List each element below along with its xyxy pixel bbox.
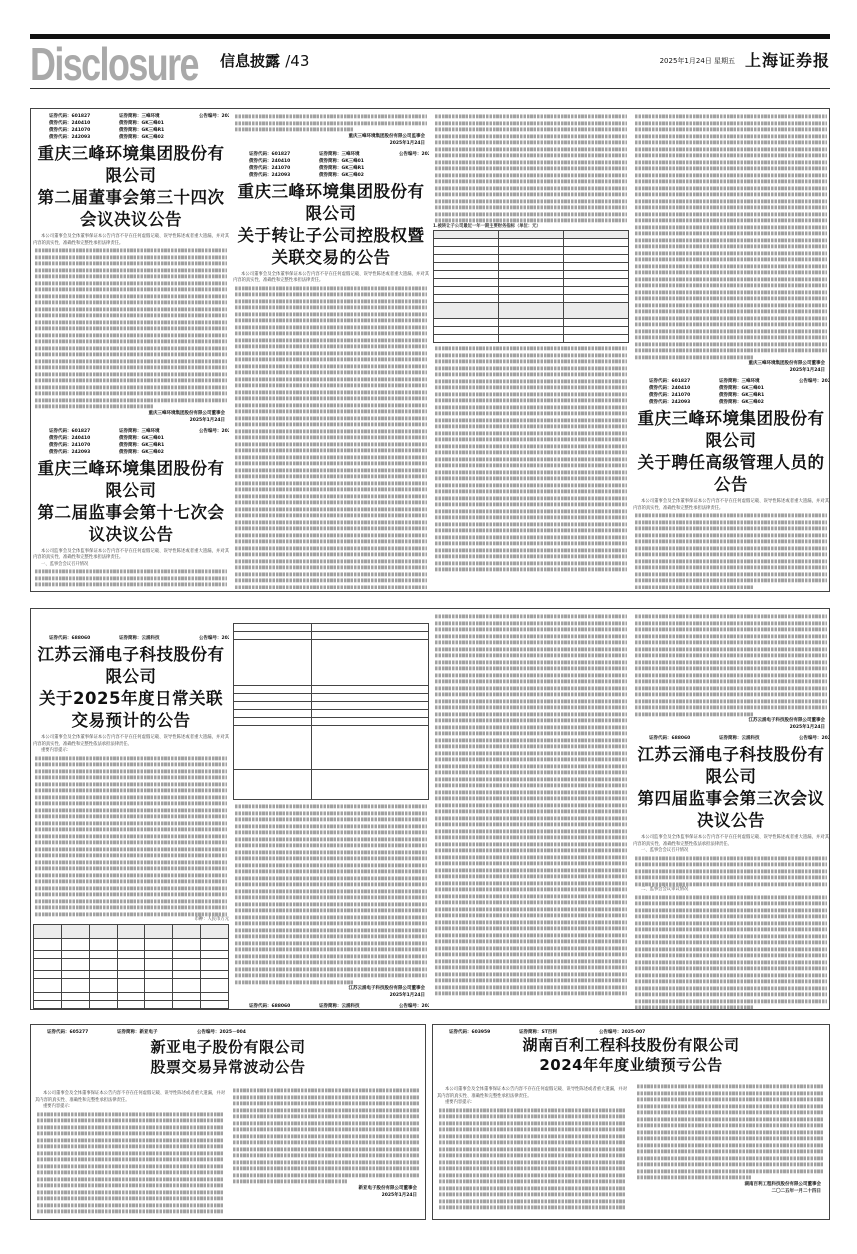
signature: 重庆三峰环境集团股份有限公司董事会 <box>633 360 829 367</box>
notice-body <box>33 568 229 589</box>
security-codes: 证券代码：688060证券简称：云涌科技公告编号：2025-004 <box>649 735 829 742</box>
date: 2025年1月24日 <box>231 1192 421 1199</box>
notice-body <box>633 855 829 888</box>
notice-title: 第二届董事会第三十四次会议决议公告 <box>33 187 229 231</box>
signature: 重庆三峰环境集团股份有限公司监事会 <box>233 133 429 140</box>
notice-body-continued <box>635 1083 825 1181</box>
notice-body <box>437 1107 627 1211</box>
notice-body <box>633 512 829 589</box>
notice-body-continued <box>633 613 829 717</box>
notice-body-continued <box>433 613 629 997</box>
brand-wordmark: Disclosure <box>30 42 198 86</box>
notice-title: 第四届监事会第三次会议决议公告 <box>633 788 829 832</box>
notice-title: 股票交易异常波动公告 <box>31 1057 425 1077</box>
masthead-bottom-rule <box>30 88 830 89</box>
notice-title: 关于聘任高级管理人员的公告 <box>633 452 829 496</box>
security-codes: 证券代码：601827证券简称：三峰环境公告编号：2025-003 债券代码：2… <box>49 428 229 456</box>
notice-intro: 本公司董事会及全体董事保证本公告内容不存在任何虚假记载、误导性陈述或者重大遗漏，… <box>633 499 829 512</box>
signature: 江苏云涌电子科技股份有限公司董事会 <box>233 985 429 992</box>
date: 2025年1月24日 <box>233 140 429 147</box>
notice-intro: 本公司董事会及全体董事保证本公告内容不存在任何虚假记载、误导性陈述或者重大遗漏，… <box>33 234 229 247</box>
notice-body-continued <box>433 113 629 224</box>
notice-intro: 本公司董事会及全体董事保证本公告内容不存在任何虚假记载、误导性陈述或者重大遗漏，… <box>233 272 429 285</box>
counterparty-info-table <box>233 623 429 800</box>
company-name: 重庆三峰环境集团股份有限公司 <box>33 143 229 187</box>
notice-title: 关于2025年度日常关联交易预计的公告 <box>33 688 229 732</box>
company-name: 江苏云涌电子科技股份有限公司 <box>33 644 229 688</box>
notice-title: 2024年年度业绩预亏公告 <box>433 1055 829 1075</box>
notice-body <box>233 803 429 985</box>
notice-block-baili: 证券代码：603959证券简称：ST百利公告编号：2025-007 湖南百利工程… <box>432 1024 830 1220</box>
notice-body <box>35 1111 225 1215</box>
security-codes: 证券代码：601827证券简称：三峰环境公告编号：2025-005 债券代码：2… <box>649 378 829 406</box>
security-codes: 证券代码：605277证券简称：新亚电子公告编号：2025－004 <box>47 1029 277 1036</box>
signature: 湖南百利工程科技股份有限公司董事会 <box>635 1181 825 1188</box>
section-title: 信息披露 /43 <box>220 50 309 71</box>
signature: 江苏云涌电子科技股份有限公司董事会 <box>633 717 829 724</box>
date: 2025年1月24日 <box>633 724 829 731</box>
notice-body <box>33 247 229 410</box>
notice-block-yunyong: 证券代码：688060证券简称：云涌科技公告编号：2025-002 江苏云涌电子… <box>30 608 830 1010</box>
security-codes: 证券代码：601827证券简称：三峰环境公告编号：2025-004 债券代码：2… <box>249 151 429 179</box>
page-number: /43 <box>285 52 309 70</box>
security-codes: 证券代码：688060证券简称：云涌科技公告编号：2025-003 <box>249 1003 429 1009</box>
date: 2025年1月24日 <box>33 417 229 424</box>
notice-body <box>33 755 229 918</box>
notice-title: 关于转让子公司控股权暨关联交易的公告 <box>233 225 429 269</box>
notice-intro: 本公司董事会及全体董事保证本公告内容不存在任何虚假记载、误导性陈述或者重大遗漏，… <box>35 1091 225 1104</box>
notice-body <box>433 345 629 573</box>
related-transactions-table <box>33 924 229 1009</box>
security-codes: 证券代码：688060证券简称：云涌科技公告编号：2025-002 <box>49 635 229 642</box>
notice-title: 第二届监事会第十七次会议决议公告 <box>33 502 229 546</box>
notice-body-continued <box>233 113 429 133</box>
notice-body <box>233 285 429 590</box>
company-name: 重庆三峰环境集团股份有限公司 <box>233 181 429 225</box>
notice-intro: 本公司董事会及全体董事保证本公告内容不存在任何虚假记载、误导性陈述或者重大遗漏，… <box>33 735 229 748</box>
notice-intro: 本公司董事会及全体董事保证本公告内容不存在任何虚假记载、误导性陈述或者重大遗漏，… <box>437 1087 627 1100</box>
masthead: Disclosure 信息披露 /43 2025年1月24日 星期五 上海证券报 <box>30 42 830 86</box>
company-name: 重庆三峰环境集团股份有限公司 <box>633 408 829 452</box>
signature: 重庆三峰环境集团股份有限公司董事会 <box>33 410 229 417</box>
company-name: 重庆三峰环境集团股份有限公司 <box>33 458 229 502</box>
company-name: 新亚电子股份有限公司 <box>31 1037 425 1057</box>
company-name: 江苏云涌电子科技股份有限公司 <box>633 744 829 788</box>
financial-table <box>433 230 629 343</box>
company-name: 湖南百利工程科技股份有限公司 <box>433 1035 829 1055</box>
date: 2025年1月24日 <box>233 992 429 999</box>
notice-body-continued <box>633 113 829 360</box>
security-codes: 证券代码：601827证券简称：三峰环境公告编号：2025-002 债券代码：2… <box>49 113 229 141</box>
security-codes: 证券代码：603959证券简称：ST百利公告编号：2025-007 <box>449 1029 679 1036</box>
notice-block-sanfeng: 证券代码：601827证券简称：三峰环境公告编号：2025-002 债券代码：2… <box>30 108 830 592</box>
notice-intro: 本公司监事会及全体监事保证本公告内容不存在任何虚假记载、误导性陈述或者重大遗漏，… <box>633 835 829 848</box>
newspaper-name: 上海证券报 <box>745 48 830 71</box>
notice-body <box>633 894 829 1010</box>
dateline: 2025年1月24日 星期五 <box>660 56 735 66</box>
signature: 新亚电子股份有限公司董事会 <box>231 1185 421 1192</box>
notice-intro: 本公司监事会及全体监事保证本公告内容不存在任何虚假记载、误导性陈述或者重大遗漏，… <box>33 549 229 562</box>
notice-block-xinya: 证券代码：605277证券简称：新亚电子公告编号：2025－004 新亚电子股份… <box>30 1024 426 1220</box>
date: 2025年1月24日 <box>633 367 829 374</box>
notice-body-continued <box>231 1087 421 1185</box>
date: 二〇二五年一月二十四日 <box>635 1188 825 1195</box>
